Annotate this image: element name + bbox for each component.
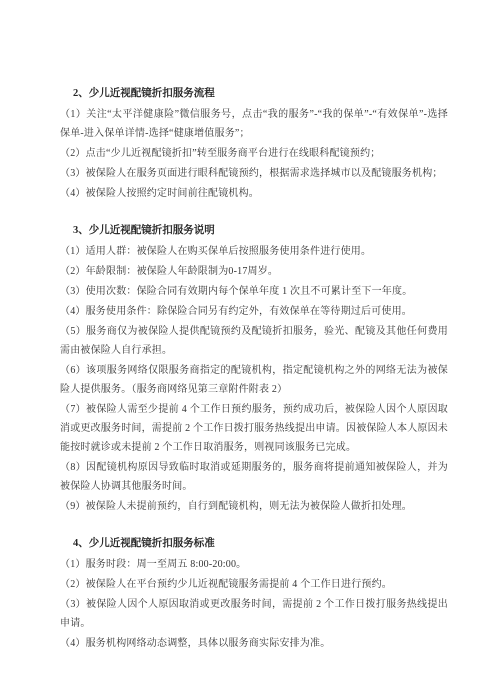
section-service-standard: 4、少儿近视配镜折扣服务标准 （1）服务时段：周一至周五 8:00-20:00。… (60, 534, 448, 653)
list-item: （6）该项服务网络仅限服务商指定的配镜机构，指定配镜机构之外的网络无法为被保险人… (60, 361, 448, 399)
list-item: （9）被保险人未提前预约，自行到配镜机构，则无法为被保险人做折扣处理。 (60, 497, 448, 516)
list-item: （3）被保险人在服务页面进行眼科配镜预约，根据需求选择城市以及配镜服务机构； (60, 164, 448, 183)
list-item: （2）年龄限制：被保险人年龄限制为0-17周岁。 (60, 262, 448, 281)
section-service-process: 2、少儿近视配镜折扣服务流程 （1）关注“太平洋健康险”微信服务号，点击“我的服… (60, 84, 448, 203)
section-heading: 3、少儿近视配镜折扣服务说明 (73, 221, 448, 240)
list-item: （2）被保险人在平台预约少儿近视配镜服务需提前 4 个工作日进行预约。 (60, 575, 448, 594)
list-item: （3）使用次数：保险合同有效期内每个保单年度 1 次且不可累计至下一年度。 (60, 282, 448, 301)
list-item: （1）适用人群：被保险人在购买保单后按照服务使用条件进行使用。 (60, 242, 448, 261)
list-item: （1）服务时段：周一至周五 8:00-20:00。 (60, 555, 448, 574)
list-item: （4）服务使用条件：除保险合同另有约定外，有效保单在等待期过后可使用。 (60, 302, 448, 321)
list-item: （1）关注“太平洋健康险”微信服务号，点击“我的服务”-“我的保单”-“有效保单… (60, 105, 448, 143)
section-heading: 4、少儿近视配镜折扣服务标准 (73, 534, 448, 553)
list-item: （7）被保险人需至少提前 4 个工作日预约服务，预约成功后，被保险人因个人原因取… (60, 400, 448, 457)
list-item: （4）服务机构网络动态调整，具体以服务商实际安排为准。 (60, 634, 448, 653)
list-item: （8）因配镜机构原因导致临时取消或延期服务的，服务商将提前通知被保险人，并为被保… (60, 458, 448, 496)
list-item: （5）服务商仅为被保险人提供配镜预约及配镜折扣服务，验光、配镜及其他任何费用需由… (60, 322, 448, 360)
section-heading: 2、少儿近视配镜折扣服务流程 (73, 84, 448, 103)
section-service-description: 3、少儿近视配镜折扣服务说明 （1）适用人群：被保险人在购买保单后按照服务使用条… (60, 221, 448, 516)
list-item: （3）被保险人因个人原因取消或更改服务时间，需提前 2 个工作日拨打服务热线提出… (60, 595, 448, 633)
document-page: 2、少儿近视配镜折扣服务流程 （1）关注“太平洋健康险”微信服务号，点击“我的服… (0, 0, 495, 700)
list-item: （4）被保险人按照约定时间前往配镜机构。 (60, 184, 448, 203)
list-item: （2）点击“少儿近视配镜折扣”转至服务商平台进行在线眼科配镜预约； (60, 144, 448, 163)
